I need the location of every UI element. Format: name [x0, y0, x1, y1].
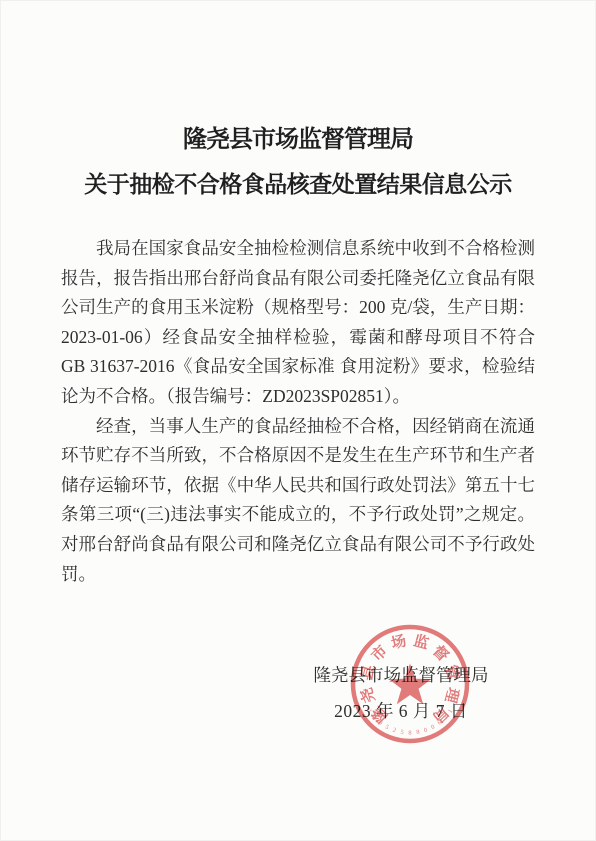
signature-agency-name: 隆尧县市场监督管理局 — [301, 662, 501, 687]
document-title-subject: 关于抽检不合格食品核查处置结果信息公示 — [0, 166, 596, 199]
svg-text:0: 0 — [430, 723, 436, 731]
svg-text:8: 8 — [416, 729, 420, 736]
document-body: 我局在国家食品安全抽检检测信息系统中收到不合格检测报告，报告指出邢台舒尚食品有限… — [61, 234, 535, 589]
document-title-agency: 隆尧县市场监督管理局 — [0, 119, 596, 154]
svg-text:0: 0 — [423, 727, 428, 735]
signature-block: 隆尧县市场监督管理局 2023 年 6 月 7 日 — [301, 662, 501, 723]
paragraph-investigation-result: 经查，当事人生产的食品经抽检不合格，因经销商在流通环节贮存不当所致，不合格原因不… — [61, 412, 535, 590]
svg-text:2: 2 — [392, 727, 397, 735]
svg-text:5: 5 — [400, 729, 404, 736]
svg-text:5: 5 — [384, 723, 390, 731]
svg-text:监: 监 — [412, 631, 431, 652]
signature-date: 2023 年 6 月 7 日 — [301, 698, 501, 723]
svg-text:场: 场 — [389, 632, 408, 652]
paragraph-inspection-report: 我局在国家食品安全抽检检测信息系统中收到不合格检测报告，报告指出邢台舒尚食品有限… — [61, 234, 535, 412]
document-page: 隆尧县市场监督管理局 关于抽检不合格食品核查处置结果信息公示 我局在国家食品安全… — [0, 0, 596, 841]
svg-text:8: 8 — [408, 730, 411, 737]
